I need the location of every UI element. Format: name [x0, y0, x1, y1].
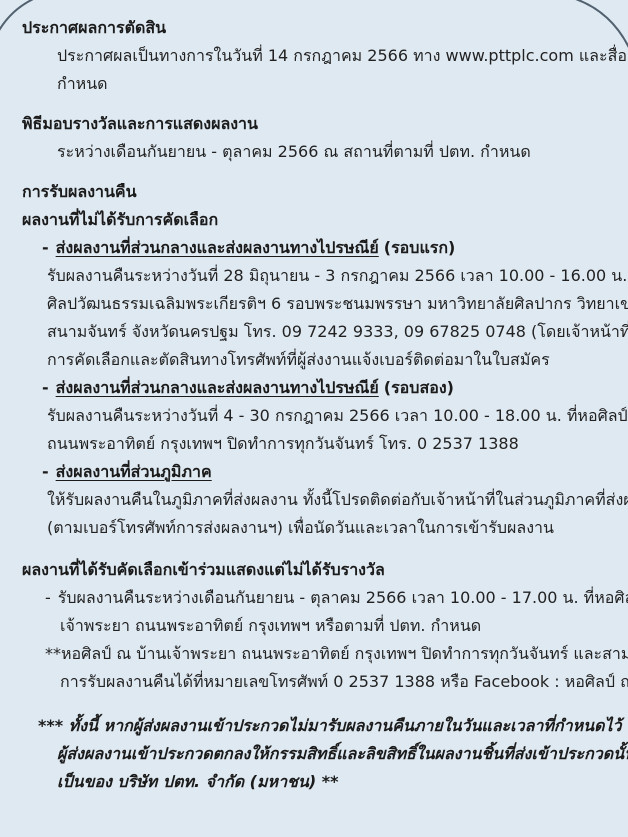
list-item-title-note: (รอบแรก) [384, 238, 456, 257]
item-body-line: ให้รับผลงานคืนในภูมิภาคที่ส่งผลงาน ทั้งน… [0, 486, 616, 514]
section-heading-selected-not-awarded: ผลงานที่ได้รับคัดเลือกเข้าร่วมแสดงแต่ไม่… [0, 556, 616, 584]
item-body-line: รับผลงานคืนระหว่างวันที่ 4 - 30 กรกฎาคม … [0, 402, 616, 430]
list-item-title-note: (รอบสอง) [384, 378, 454, 397]
item-body-line: รับผลงานคืนระหว่างวันที่ 28 มิถุนายน - 3… [0, 262, 616, 290]
item-body-line: สนามจันทร์ จังหวัดนครปฐม โทร. 09 7242 93… [0, 318, 616, 346]
announcement-line: กำหนด [0, 70, 616, 98]
item-body-line: การคัดเลือกและตัดสินทางโทรศัพท์ที่ผู้ส่ง… [0, 346, 616, 374]
list-item-regional: -ส่งผลงานที่ส่วนภูมิภาค [0, 458, 616, 486]
section-spacer [0, 542, 616, 556]
list-dash: - [45, 584, 51, 612]
list-dash: - [42, 374, 49, 402]
list-item-central-round1: -ส่งผลงานที่ส่วนกลางและส่งผลงานทางไปรษณี… [0, 234, 616, 262]
list-dash: - [42, 458, 49, 486]
section-heading-announcement: ประกาศผลการตัดสิน [0, 14, 616, 42]
section-heading-return-policy: การรับผลงานคืน [0, 178, 616, 206]
list-item-title: ส่งผลงานที่ส่วนภูมิภาค [56, 462, 212, 481]
list-item-title: ส่งผลงานที่ส่วนกลางและส่งผลงานทางไปรษณีย… [56, 238, 379, 257]
announcement-line: ประกาศผลเป็นทางการในวันที่ 14 กรกฎาคม 25… [0, 42, 616, 70]
section-heading-ceremony: พิธีมอบรางวัลและการแสดงผลงาน [0, 110, 616, 138]
gallery-note-line: **หอศิลป์ ณ บ้านเจ้าพระยา ถนนพระอาทิตย์ … [0, 640, 616, 668]
list-dash: - [42, 234, 49, 262]
ceremony-line: ระหว่างเดือนกันยายน - ตุลาคม 2566 ณ สถาน… [0, 138, 616, 166]
disclaimer-line: ผู้ส่งผลงานเข้าประกวดตกลงให้กรรมสิทธิ์แล… [0, 740, 616, 768]
list-item-central-round2: -ส่งผลงานที่ส่วนกลางและส่งผลงานทางไปรษณี… [0, 374, 616, 402]
list-item-selected-return: -รับผลงานคืนระหว่างเดือนกันยายน - ตุลาคม… [0, 584, 616, 612]
document-page: ประกาศผลการตัดสิน ประกาศผลเป็นทางการในวั… [0, 14, 628, 796]
disclaimer-line: เป็นของ บริษัท ปตท. จำกัด (มหาชน) ** [0, 768, 616, 796]
section-spacer [0, 98, 616, 110]
disclaimer-line: *** ทั้งนี้ หากผู้ส่งผลงานเข้าประกวดไม่ม… [0, 712, 616, 740]
list-item-title: ส่งผลงานที่ส่วนกลางและส่งผลงานทางไปรษณีย… [56, 378, 379, 397]
subheading-not-selected: ผลงานที่ไม่ได้รับการคัดเลือก [0, 206, 616, 234]
item-body-line: (ตามเบอร์โทรศัพท์การส่งผลงานฯ) เพื่อนัดว… [0, 514, 616, 542]
item-body-line: รับผลงานคืนระหว่างเดือนกันยายน - ตุลาคม … [58, 588, 628, 607]
gallery-note-line: การรับผลงานคืนได้ที่หมายเลขโทรศัพท์ 0 25… [0, 668, 616, 696]
item-body-line: ศิลปวัฒนธรรมเฉลิมพระเกียรติฯ 6 รอบพระชนม… [0, 290, 616, 318]
item-body-line: เจ้าพระยา ถนนพระอาทิตย์ กรุงเทพฯ หรือตาม… [0, 612, 616, 640]
section-spacer [0, 696, 616, 712]
section-spacer [0, 166, 616, 178]
item-body-line: ถนนพระอาทิตย์ กรุงเทพฯ ปิดทำการทุกวันจัน… [0, 430, 616, 458]
